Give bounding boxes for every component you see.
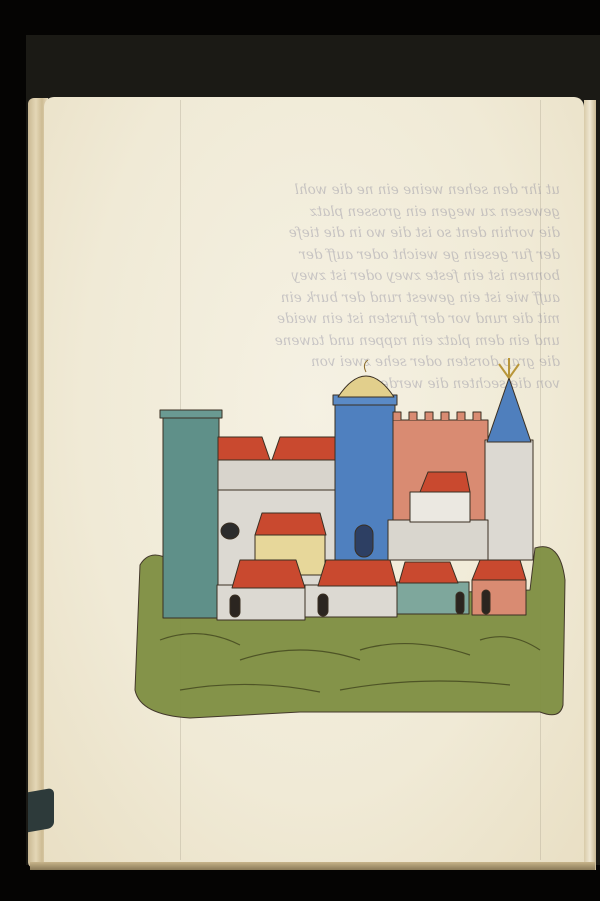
city-illustration (0, 0, 600, 901)
teal-tower (163, 413, 219, 618)
blue-spire (487, 378, 531, 442)
gold-dome (338, 376, 394, 397)
grey-tower (485, 440, 533, 560)
